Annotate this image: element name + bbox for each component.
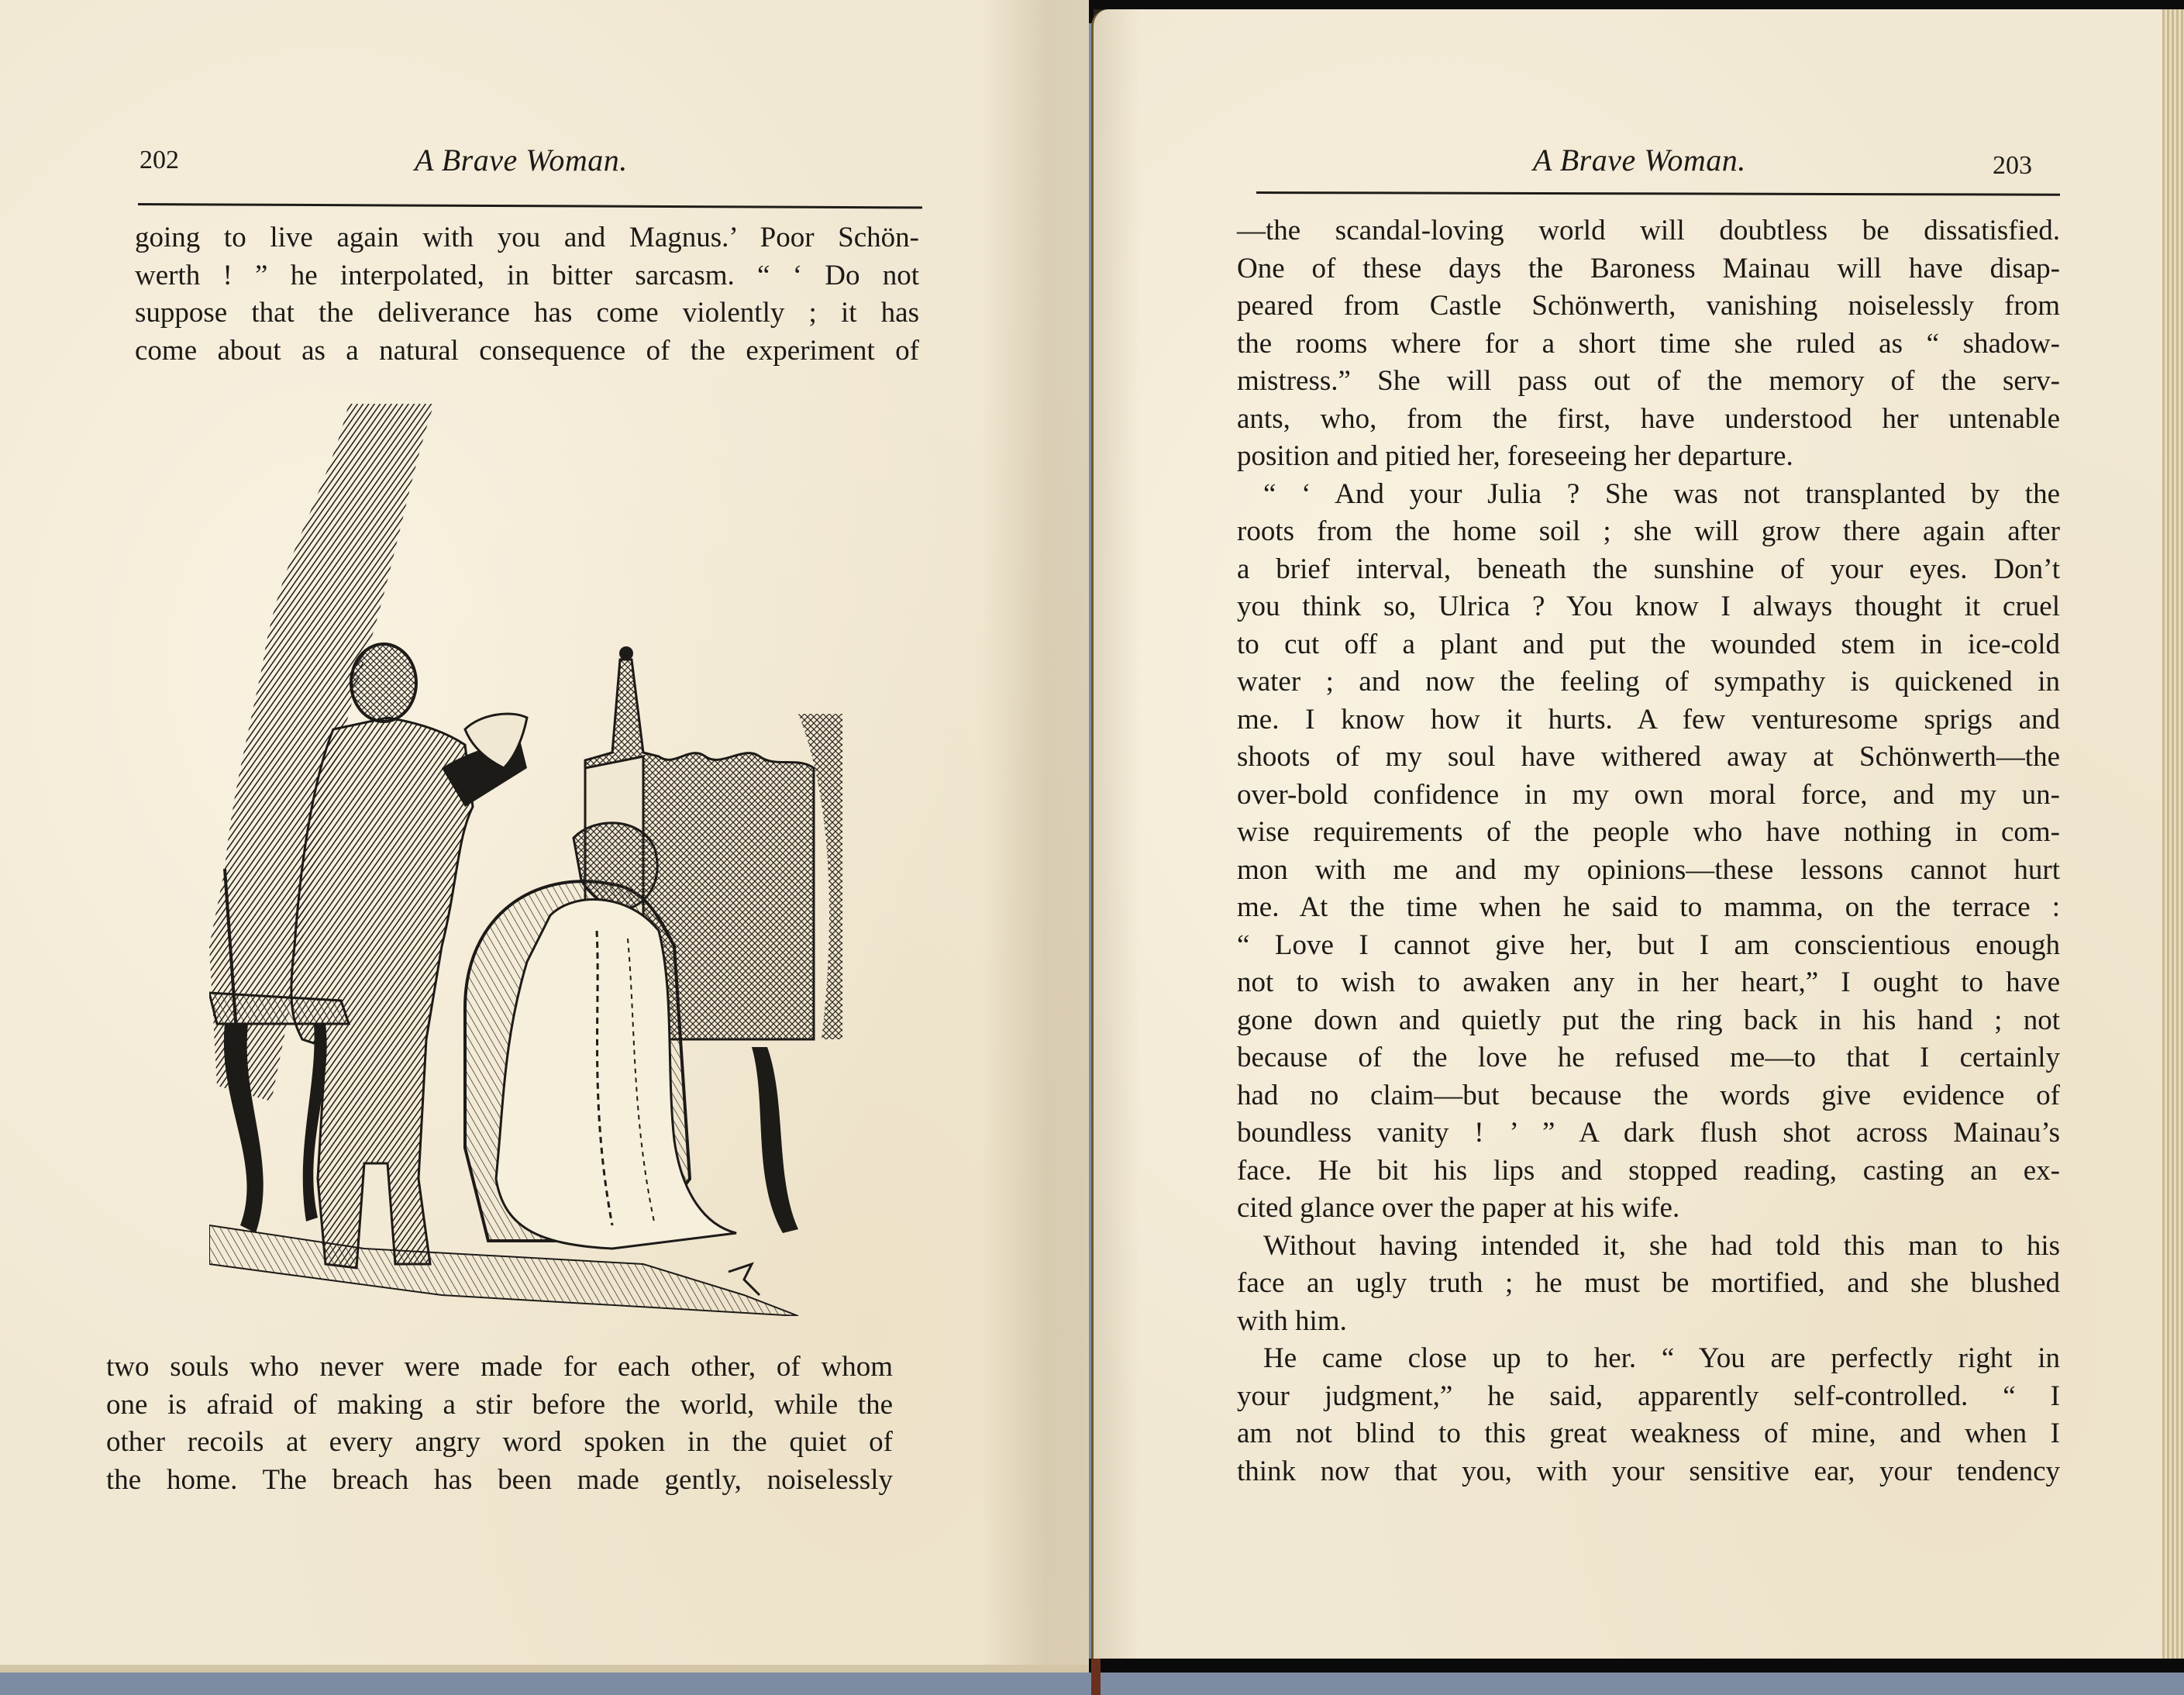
text-line: face an ugly truth ; he must be mortifie…: [1237, 1265, 2060, 1303]
text-line: not to wish to awaken any in her heart,”…: [1237, 964, 2060, 1002]
text-line: mon with me and my opinions—these lesson…: [1237, 852, 2060, 890]
text-line: water ; and now the feeling of sympathy …: [1237, 663, 2060, 701]
text-line: one is afraid of making a stir before th…: [106, 1387, 893, 1425]
text-line: He came close up to her. “ You are perfe…: [1237, 1340, 2060, 1378]
text-block: —the scandal-loving world will doubtless…: [1237, 212, 2060, 1490]
text-line: the rooms where for a short time she rul…: [1237, 326, 2060, 363]
text-line: to cut off a plant and put the wounded s…: [1237, 626, 2060, 664]
text-line: going to live again with you and Magnus.…: [135, 219, 919, 257]
text-line: werth ! ” he interpolated, in bitter sar…: [135, 257, 919, 295]
text-block-bottom: two souls who never were made for each o…: [106, 1349, 893, 1499]
text-line: peared from Castle Schönwerth, vanishing…: [1237, 288, 2060, 326]
gutter-shadow: [980, 0, 1089, 1665]
left-page: 202 A Brave Woman. going to live again w…: [0, 0, 1089, 1673]
running-head: A Brave Woman.: [415, 142, 628, 178]
text-line: had no claim—but because the words give …: [1237, 1077, 2060, 1115]
text-line: roots from the home soil ; she will grow…: [1237, 513, 2060, 551]
text-line: me. I know how it hurts. A few ventureso…: [1237, 701, 2060, 739]
text-line: me. At the time when he said to mamma, o…: [1237, 889, 2060, 927]
text-line: am not blind to this great weakness of m…: [1237, 1415, 2060, 1453]
text-line: two souls who never were made for each o…: [106, 1349, 893, 1387]
text-block-top: going to live again with you and Magnus.…: [135, 219, 919, 370]
text-line: boundless vanity ! ’ ” A dark flush shot…: [1237, 1114, 2060, 1152]
text-line: face. He bit his lips and stopped readin…: [1237, 1152, 2060, 1190]
right-page: A Brave Woman. 203 —the scandal-loving w…: [1091, 9, 2167, 1659]
text-line: cited glance over the paper at his wife.: [1237, 1190, 2060, 1228]
text-line: One of these days the Baroness Mainau wi…: [1237, 250, 2060, 288]
page-number: 202: [140, 146, 179, 175]
text-line: think now that you, with your sensitive …: [1237, 1453, 2060, 1491]
text-line: over-bold confidence in my own moral for…: [1237, 777, 2060, 815]
text-line: your judgment,” he said, apparently self…: [1237, 1378, 2060, 1416]
gutter-shadow: [1094, 9, 1140, 1659]
text-line: the home. The breach has been made gentl…: [106, 1462, 893, 1500]
text-line: suppose that the deliverance has come vi…: [135, 295, 919, 332]
text-line: “ ‘ And your Julia ? She was not transpl…: [1237, 476, 2060, 514]
running-head: A Brave Woman.: [1533, 142, 1746, 178]
page-number: 203: [1993, 151, 2032, 181]
text-line: a brief interval, beneath the sunshine o…: [1237, 551, 2060, 589]
text-line: —the scandal-loving world will doubtless…: [1237, 212, 2060, 250]
text-line: gone down and quietly put the ring back …: [1237, 1002, 2060, 1040]
text-line: come about as a natural consequence of t…: [135, 332, 919, 370]
header-rule: [138, 203, 922, 208]
text-line: because of the love he refused me—to tha…: [1237, 1039, 2060, 1077]
text-line: “ Love I cannot give her, but I am consc…: [1237, 927, 2060, 965]
text-line: mistress.” She will pass out of the memo…: [1237, 363, 2060, 401]
text-line: ants, who, from the first, have understo…: [1237, 401, 2060, 439]
text-line: you think so, Ulrica ? You know I always…: [1237, 588, 2060, 626]
text-line: position and pitied her, foreseeing her …: [1237, 438, 2060, 476]
illustration-icon: [209, 404, 842, 1316]
bookmark-ribbon: [1091, 1659, 1101, 1695]
text-line: Without having intended it, she had told…: [1237, 1228, 2060, 1266]
text-line: with him.: [1237, 1303, 2060, 1341]
header-rule: [1256, 191, 2060, 196]
text-line: wise requirements of the people who have…: [1237, 814, 2060, 852]
engraving-illustration: [209, 404, 842, 1316]
text-line: other recoils at every angry word spoken…: [106, 1424, 893, 1462]
text-line: shoots of my soul have withered away at …: [1237, 739, 2060, 777]
page-edges: [2162, 9, 2184, 1659]
